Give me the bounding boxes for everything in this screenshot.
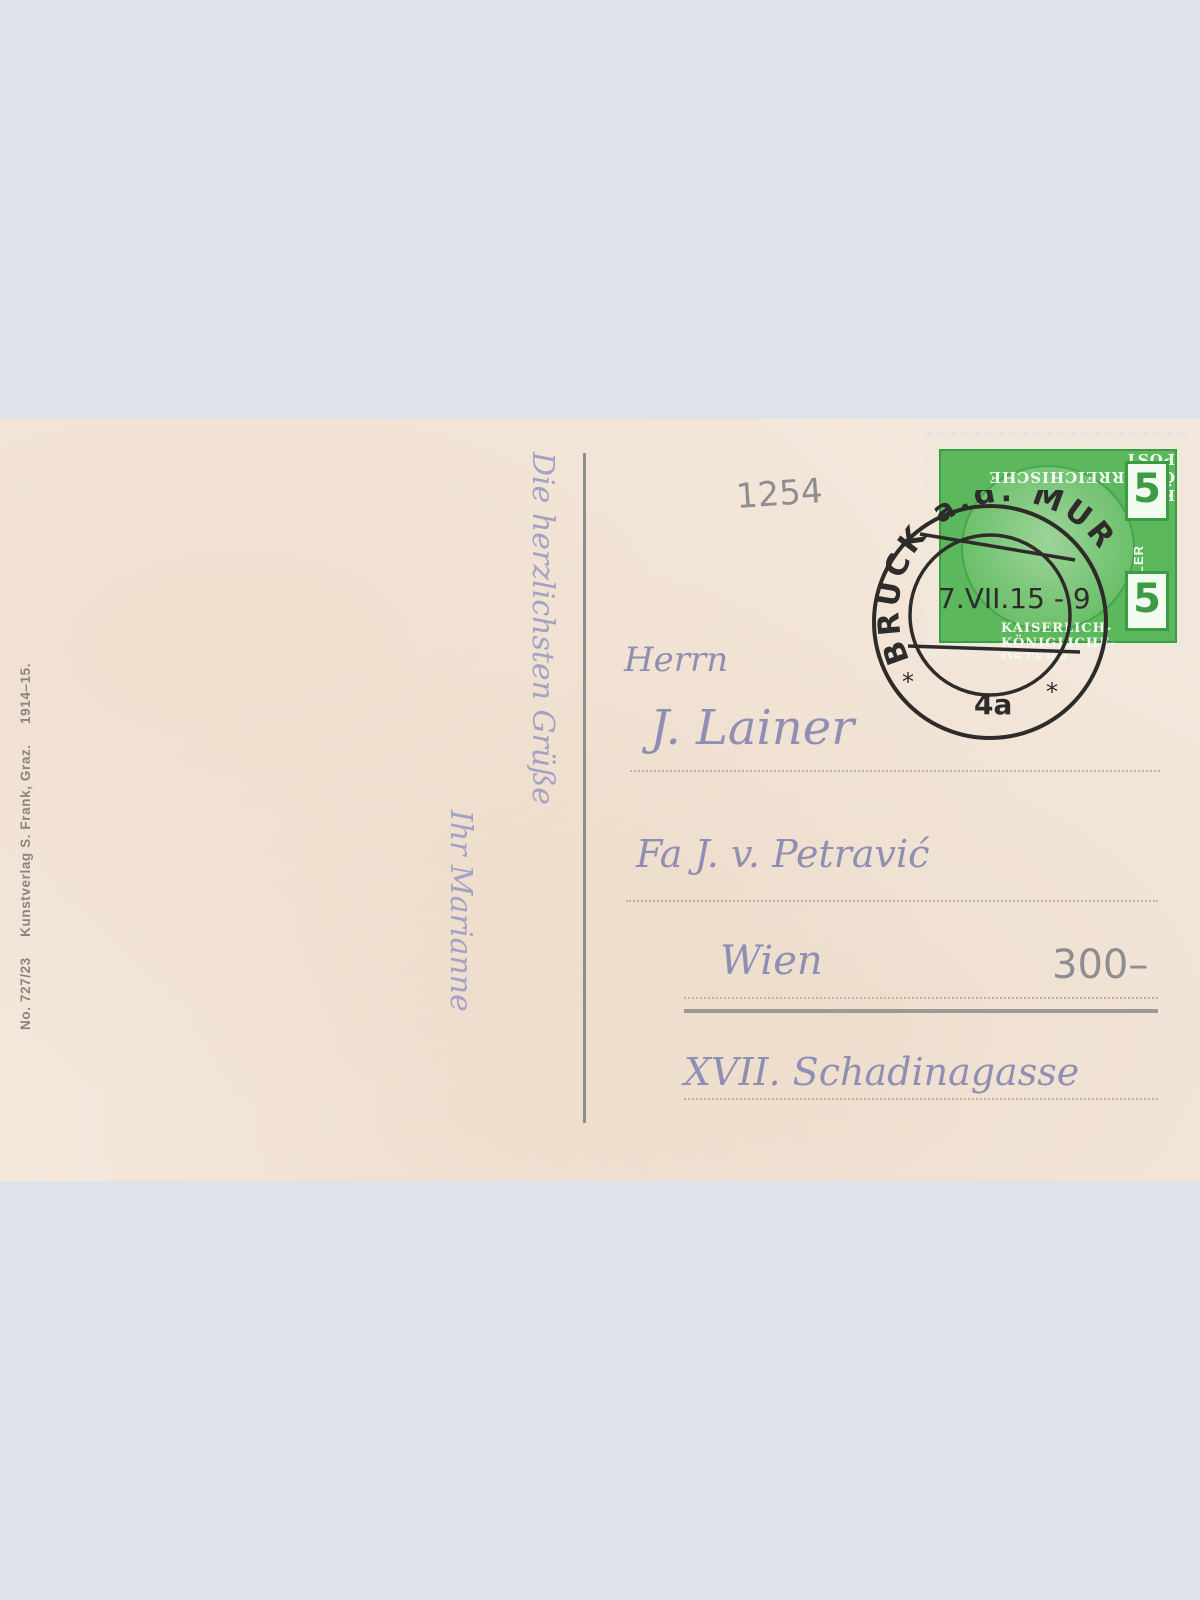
address-line-4 — [684, 1098, 1158, 1100]
address-street: XVII. Schadinagasse — [684, 1050, 1079, 1094]
imprint-publisher: Kunstverlag S. Frank, Graz. — [18, 744, 33, 937]
imprint-number: No. 727/23 — [18, 957, 33, 1030]
center-divider — [583, 453, 586, 1123]
address-line-2 — [626, 900, 1158, 902]
address-line-1 — [630, 770, 1160, 772]
imprint-years: 1914–15. — [18, 663, 33, 724]
address-city: Wien — [720, 938, 823, 984]
message-line-1: Die herzlichsten Grüße — [525, 452, 560, 805]
address-company: Fa J. v. Petravić — [636, 832, 929, 876]
stamp-value-bottom: 5 — [1125, 571, 1169, 631]
address-salutation: Herrn — [624, 640, 728, 680]
publisher-imprint: No. 727/23 Kunstverlag S. Frank, Graz. 1… — [18, 647, 33, 1030]
city-underline — [684, 1009, 1158, 1013]
amount-note: 300– — [1052, 942, 1148, 988]
address-line-3 — [684, 997, 1158, 999]
address-name: J. Lainer — [650, 700, 854, 756]
stamp-frame: K.K. ÖSTERREICHISCHE POST KAISERLICH-KÖN… — [939, 449, 1177, 643]
catalog-note: 1254 — [735, 471, 824, 517]
message-line-2: Ihr Marianne — [443, 810, 478, 1012]
stamp-value-top: 5 — [1125, 461, 1169, 521]
postage-stamp: K.K. ÖSTERREICHISCHE POST KAISERLICH-KÖN… — [923, 431, 1189, 659]
